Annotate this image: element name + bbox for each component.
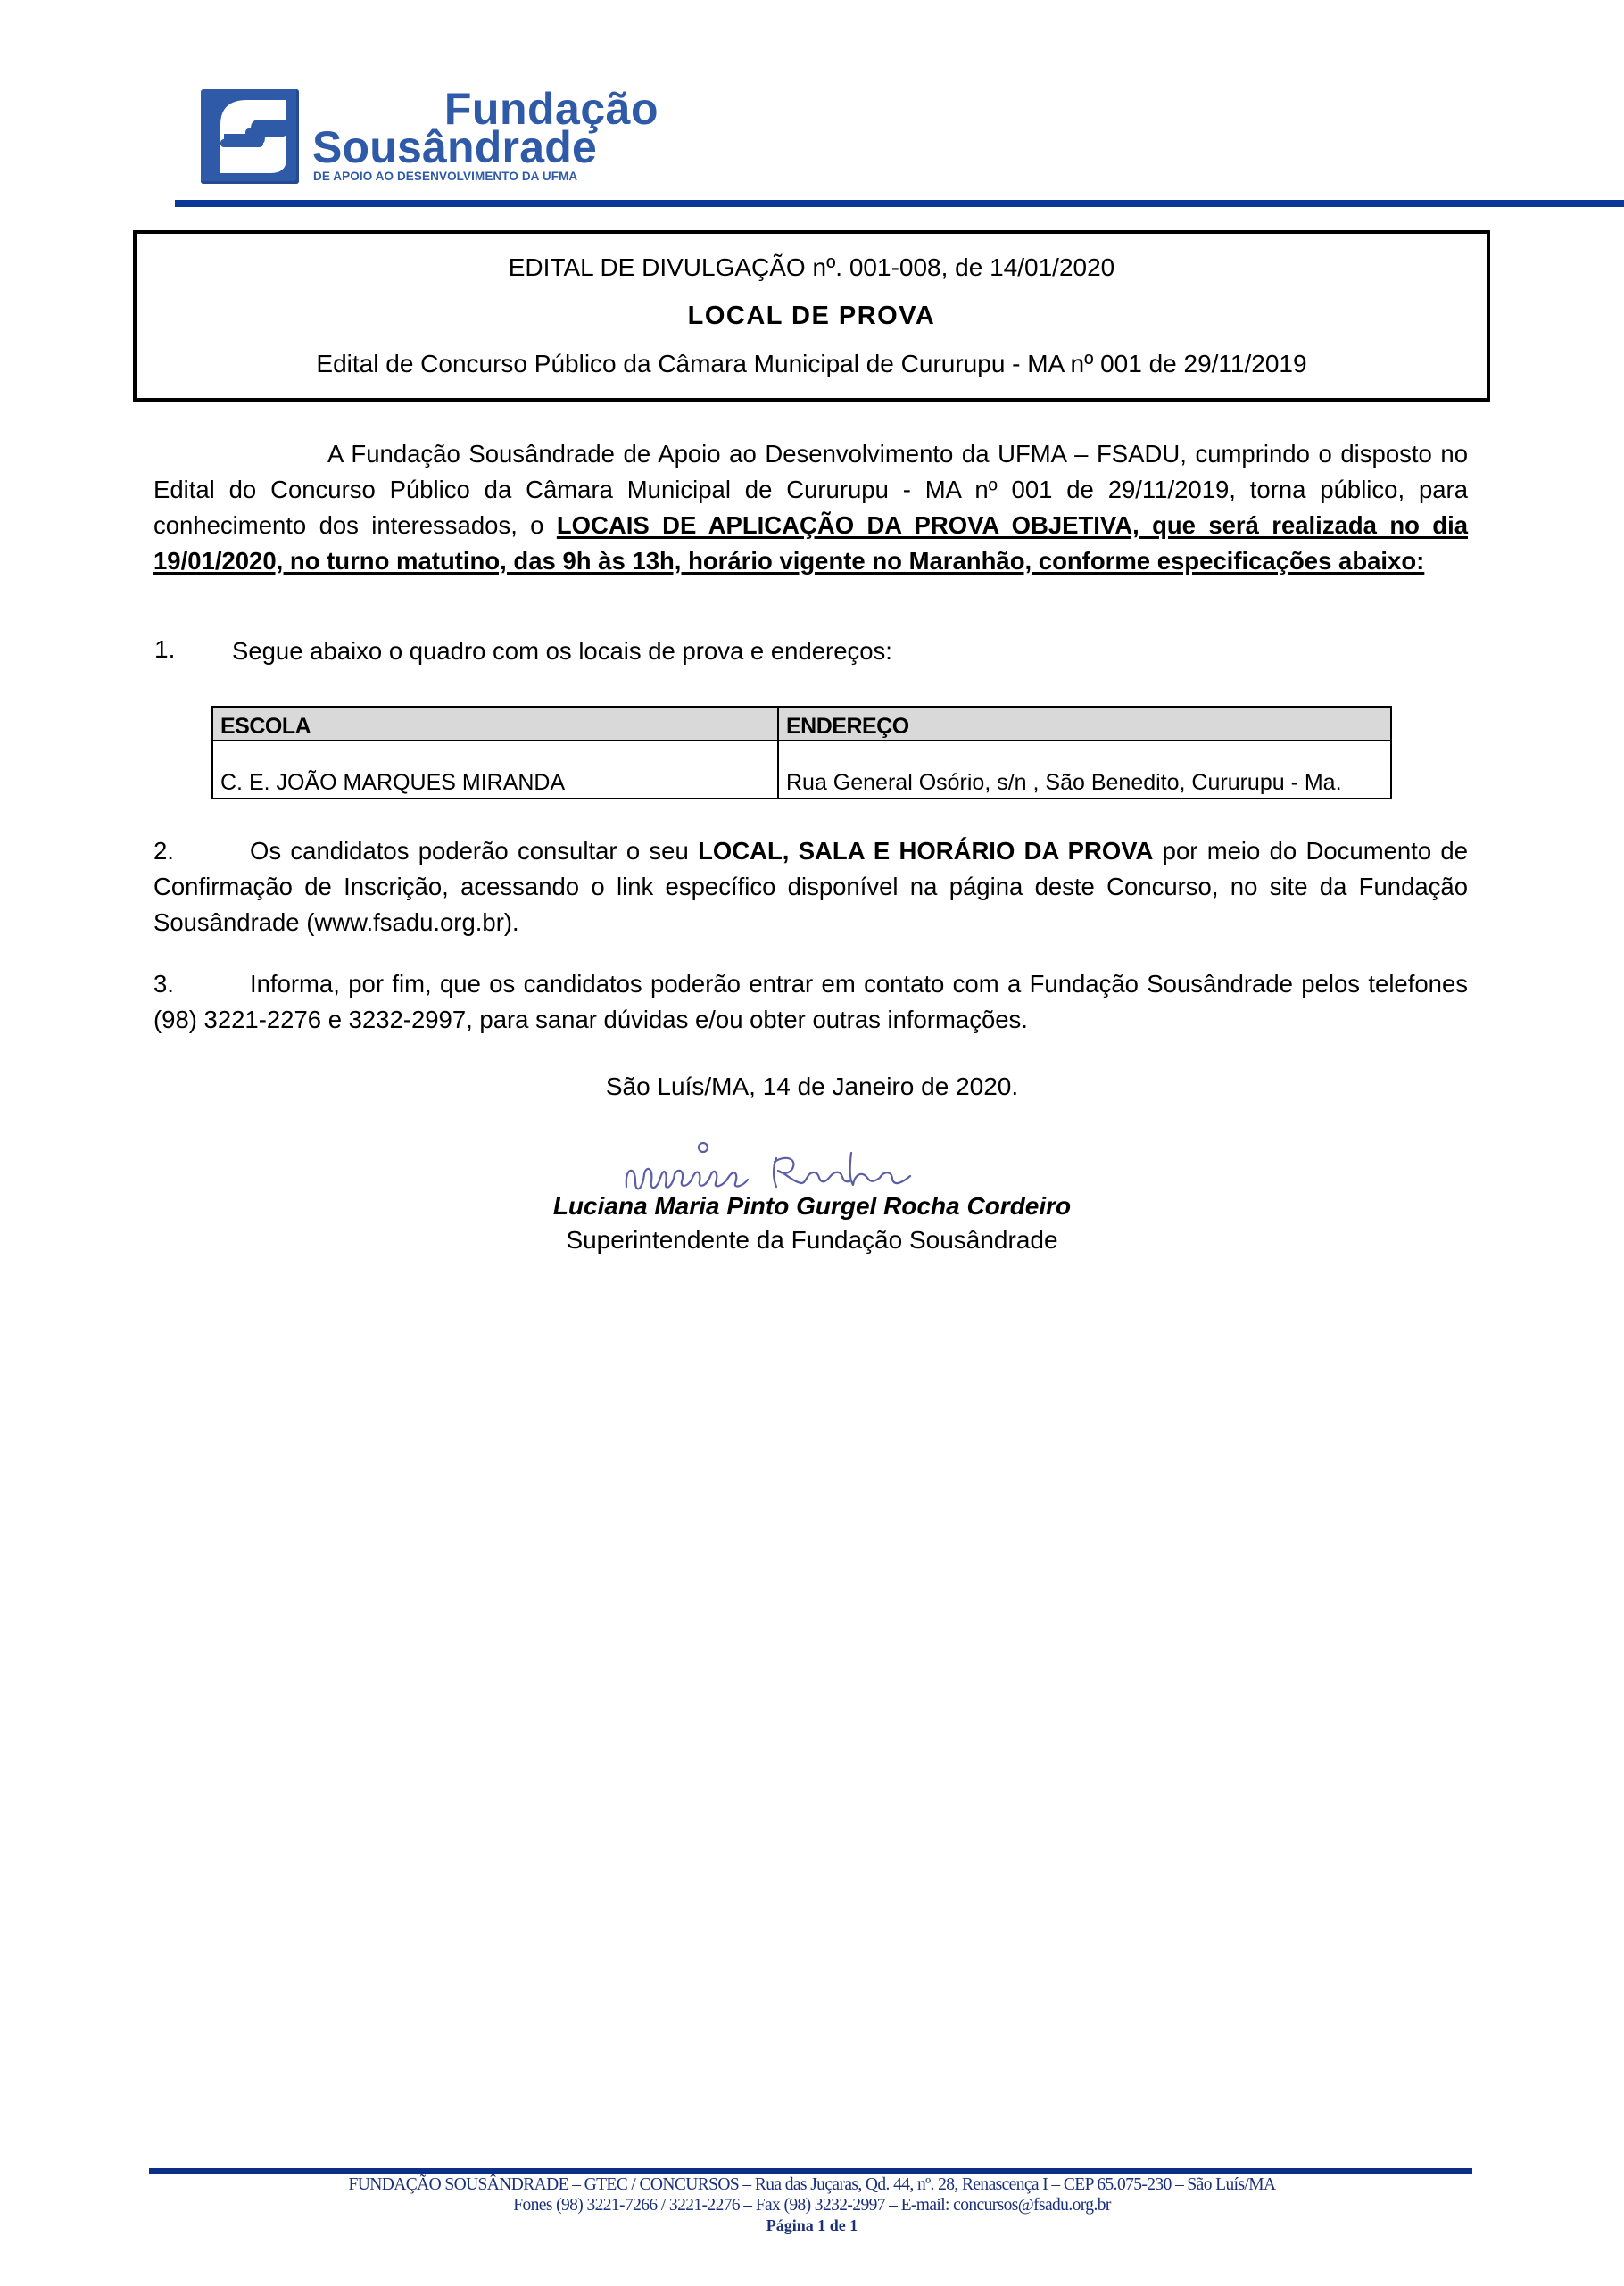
item-3-paragraph: 3.Informa, por fim, que os candidatos po… (153, 966, 1468, 1038)
brand-tagline: DE APOIO AO DESENVOLVIMENTO DA UFMA (313, 170, 577, 183)
document-header-box: EDITAL DE DIVULGAÇÃO nº. 001-008, de 14/… (133, 230, 1490, 402)
intro-paragraph: A Fundação Sousândrade de Apoio ao Desen… (153, 436, 1468, 579)
item-text-bold: LOCAL, SALA E HORÁRIO DA PROVA (698, 837, 1153, 865)
document-title: LOCAL DE PROVA (137, 302, 1487, 331)
brand-logo: Fundação Sousândrade DE APOIO AO DESENVO… (201, 87, 665, 186)
cell-school: C. E. JOÃO MARQUES MIRANDA (212, 741, 778, 799)
brand-name-line2: Sousândrade (312, 123, 597, 171)
item-text: Os candidatos poderão consultar o seu (250, 837, 698, 865)
item-number: 1. (154, 635, 175, 664)
cell-address: Rua General Osório, s/n , São Benedito, … (778, 741, 1391, 799)
item-text: Segue abaixo o quadro com os locais de p… (232, 637, 892, 666)
column-header-address: ENDEREÇO (778, 707, 1391, 741)
page-number: Página 1 de 1 (0, 2216, 1624, 2235)
footer-rule (149, 2168, 1472, 2174)
item-number: 2. (153, 833, 250, 869)
table-row: C. E. JOÃO MARQUES MIRANDA Rua General O… (212, 741, 1391, 799)
edital-number: EDITAL DE DIVULGAÇÃO nº. 001-008, de 14/… (137, 253, 1487, 282)
item-2-paragraph: 2.Os candidatos poderão consultar o seu … (153, 833, 1468, 940)
footer-contacts: Fones (98) 3221-7266 / 3221-2276 – Fax (… (0, 2196, 1624, 2216)
table-header-row: ESCOLA ENDEREÇO (212, 707, 1391, 741)
exam-locations-table: ESCOLA ENDEREÇO C. E. JOÃO MARQUES MIRAN… (211, 706, 1392, 799)
item-number: 3. (153, 966, 250, 1002)
header-rule (175, 200, 1624, 207)
place-date: São Luís/MA, 14 de Janeiro de 2020. (0, 1073, 1624, 1101)
signer-name: Luciana Maria Pinto Gurgel Rocha Cordeir… (0, 1192, 1624, 1221)
footer-address: FUNDAÇÃO SOUSÂNDRADE – GTEC / CONCURSOS … (0, 2175, 1624, 2195)
item-text: Informa, por fim, que os candidatos pode… (153, 970, 1468, 1033)
signer-role: Superintendente da Fundação Sousândrade (0, 1226, 1624, 1255)
edital-reference: Edital de Concurso Público da Câmara Mun… (137, 350, 1487, 378)
fs-monogram-logo-icon (201, 89, 299, 184)
column-header-school: ESCOLA (212, 707, 778, 741)
